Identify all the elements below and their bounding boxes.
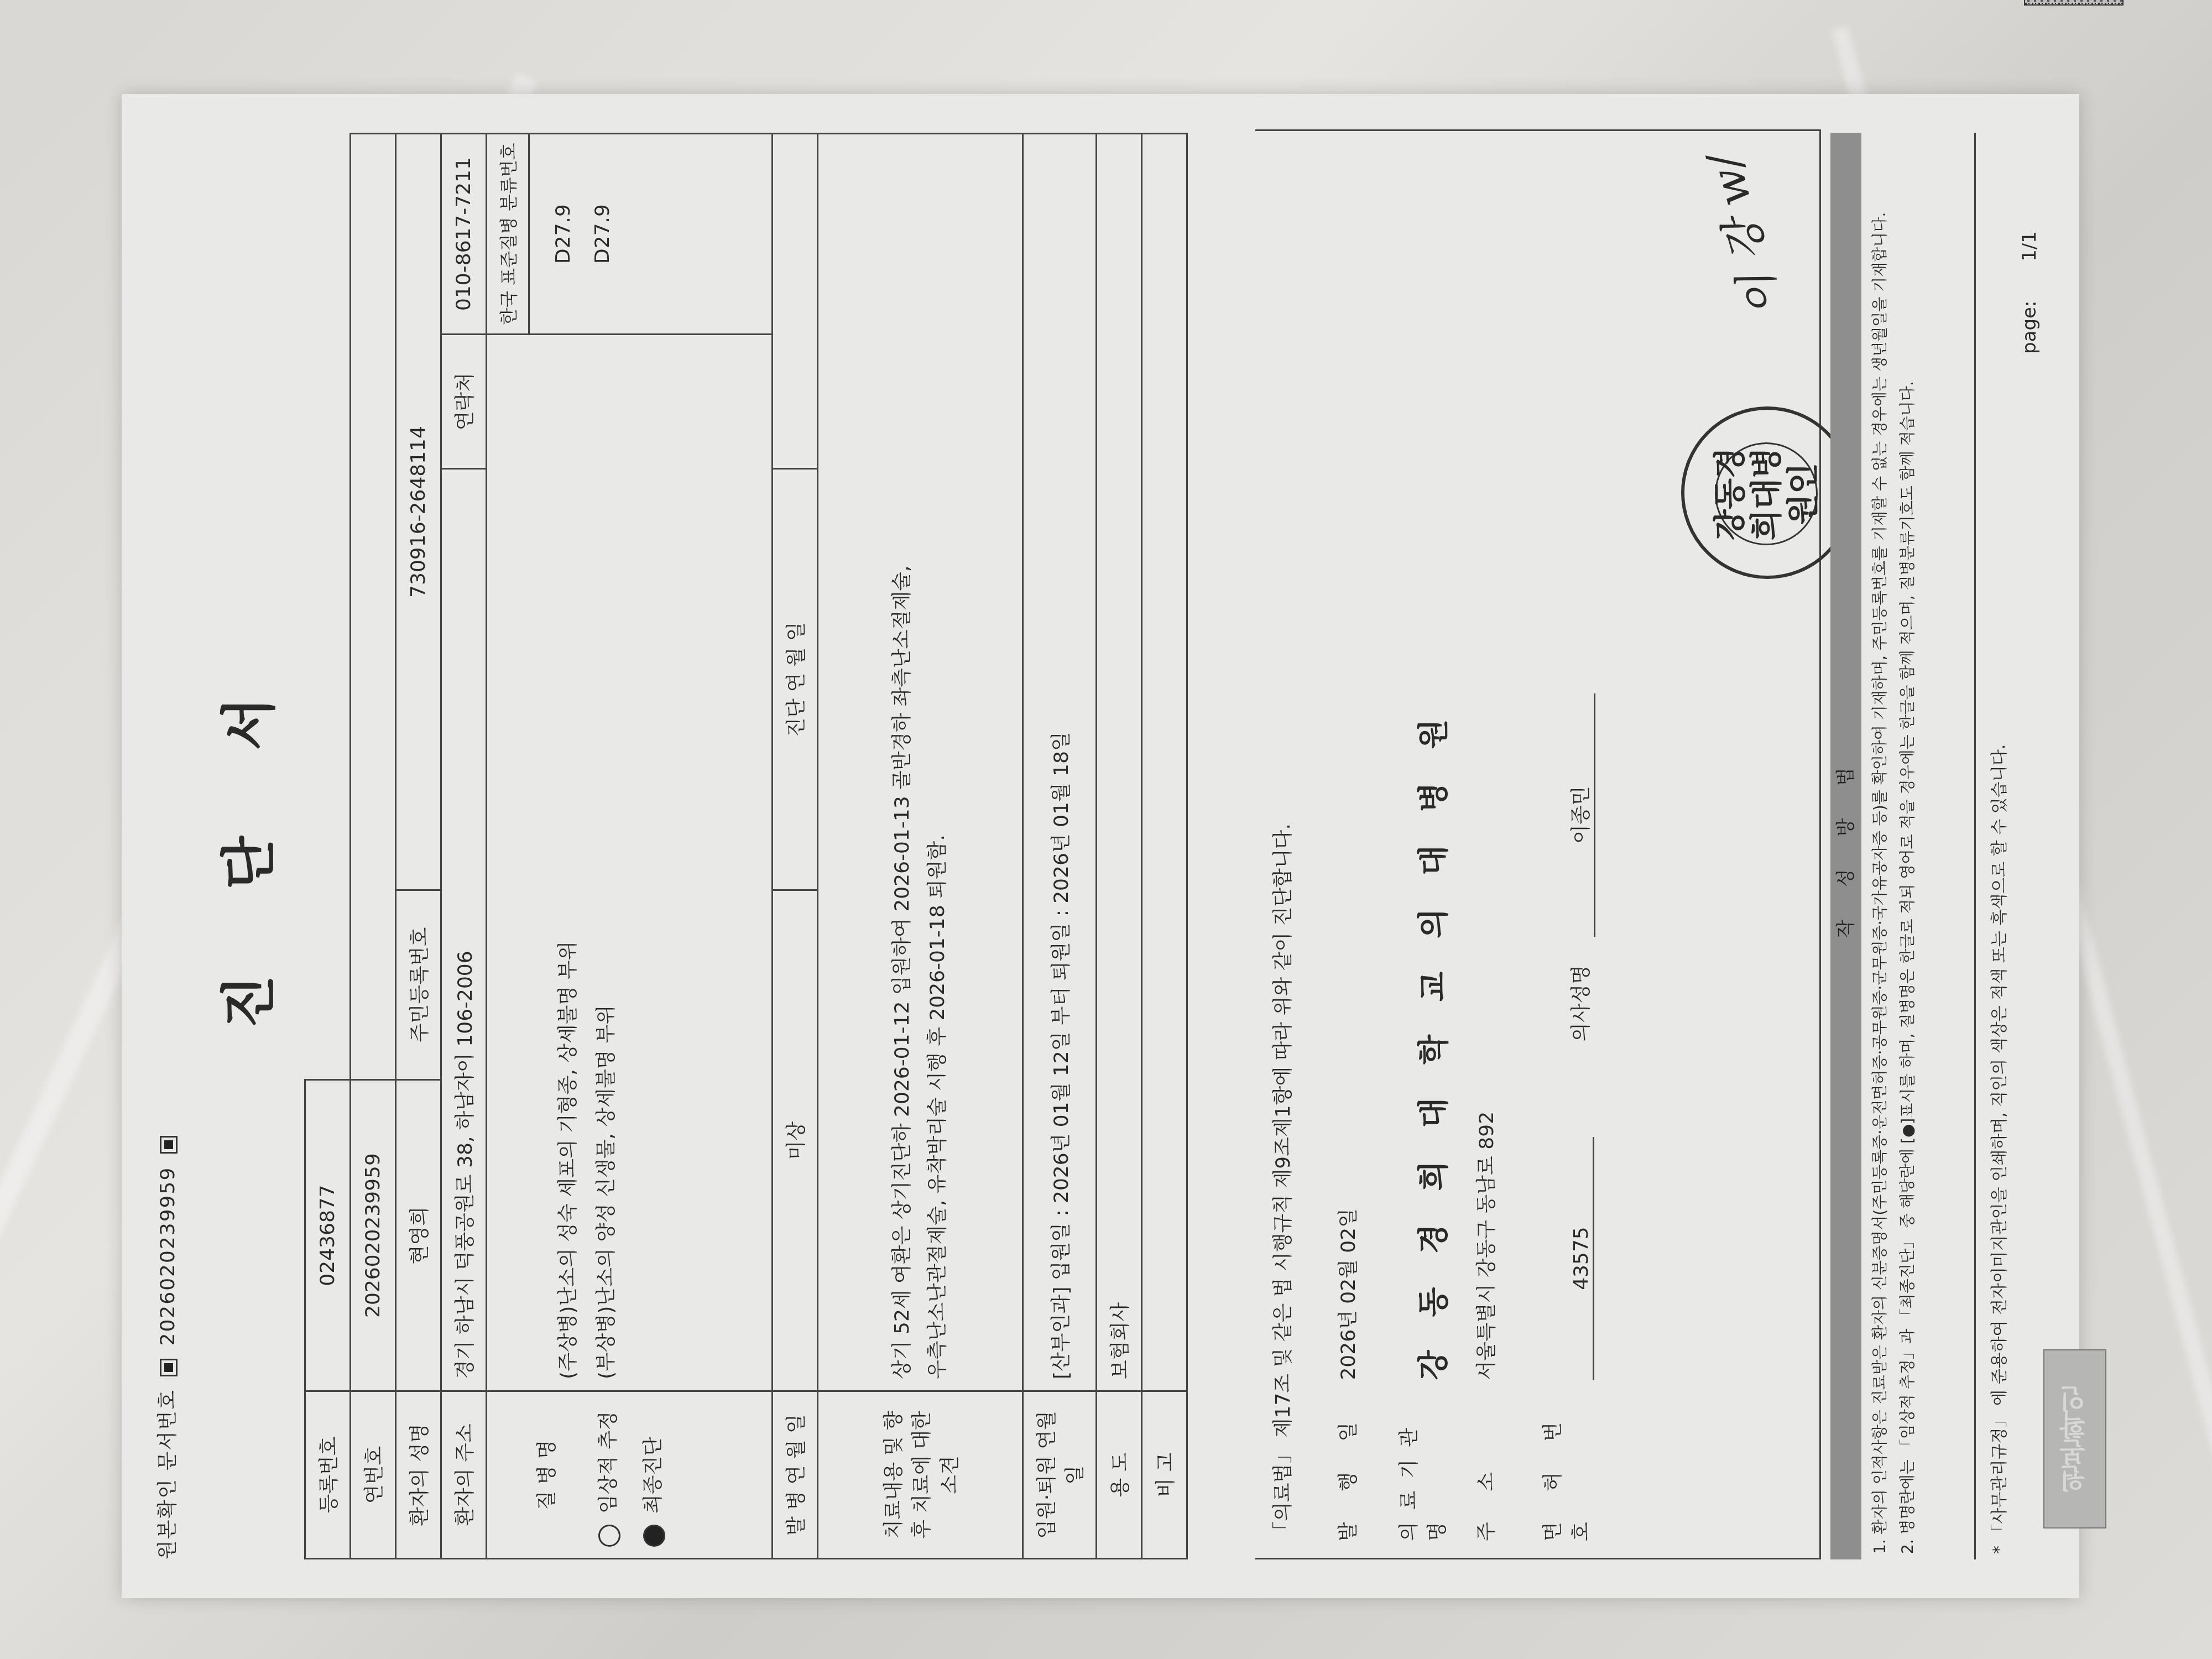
- address-value: 경기 하남시 덕풍공원로 38, 하남자이 106-2006: [441, 469, 487, 1391]
- diagnosis-option-clinical[interactable]: 임상적 추정: [593, 1403, 621, 1547]
- purpose-value: 보험회사: [1097, 134, 1142, 1391]
- phone-label: 연락처: [441, 335, 487, 469]
- diag-date-value: [773, 134, 818, 469]
- hospital-seal-stamp: 강동경희대병원인: [1681, 406, 1854, 579]
- diagnosis-certificate-paper: 원본확인 문서번호 2026020239959 진 단 서 등록번호 02436…: [122, 94, 2079, 1598]
- table-row: 환자의 주소 경기 하남시 덕풍공원로 38, 하남자이 106-2006 연락…: [441, 134, 487, 1559]
- table-row: 연번호 2026020239959: [351, 134, 396, 1559]
- issue-date-row: 발 행 일 2026년 02월 02일: [1333, 1208, 1361, 1541]
- reg-no-label: 등록번호: [305, 1391, 351, 1559]
- footer-divider: [1974, 133, 1976, 1559]
- patient-name-label: 환자의 성명: [396, 1391, 441, 1559]
- institution-row: 의료기관명 강동경희대학교의대병원: [1394, 686, 1453, 1541]
- onset-value: 미상: [773, 890, 818, 1391]
- doctor-name: 이종민: [1566, 693, 1595, 937]
- doctor-signature: 이 강 w/: [1688, 147, 1793, 324]
- hospital-address-row: 주 소 서울특별시 강동구 동남로 892: [1471, 1112, 1499, 1541]
- license-row: 면 허 번 호 43575 의사성명 이종민: [1537, 693, 1595, 1541]
- issue-date: 2026년 02월 02일: [1337, 1208, 1360, 1380]
- table-row: 치료내용 및 향후 치료에 대한 소견 상기 52세 여환은 상기진단하 202…: [818, 134, 1023, 1559]
- page-number: page: 1/1: [2018, 231, 2041, 354]
- table-row: 등록번호 02436877: [305, 134, 351, 1559]
- diagnosis-option-final[interactable]: 최종진단: [638, 1403, 666, 1547]
- table-row: 질 병 명 임상적 추정 최종진단 (주상병)난소의 성숙 세포의 기형종, 상…: [487, 134, 773, 1559]
- certification-section: 「의료법」 제17조 및 같은 법 시행규칙 제9조제1항에 따라 위와 같이 …: [1255, 129, 1821, 1559]
- security-noise-icon: [2024, 0, 2124, 6]
- checkbox-icon: [160, 1359, 178, 1376]
- checkbox-icon: [160, 1136, 178, 1154]
- writing-method-item: 2. 병명란에는 「임상적 추정」과 「최종진단」 중 해당란에 [●]표시를 …: [1897, 138, 1919, 1554]
- writing-method-text: 1. 환자의 인적사항은 진료받은 환자의 신분증명서(주민등록증·운전면허증·…: [1869, 138, 1919, 1554]
- onset-label: 발 병 연 월 일: [773, 1391, 818, 1559]
- certification-statement: 「의료법」 제17조 및 같은 법 시행규칙 제9조제1항에 따라 위와 같이 …: [1267, 823, 1296, 1541]
- rrn-value: 730916-2648114: [396, 134, 441, 890]
- radio-empty-icon[interactable]: [598, 1525, 620, 1547]
- admission-value: [산부인과] 입원일 : 2026년 01월 12일 부터 퇴원일 : 2026…: [1023, 134, 1097, 1391]
- table-row: 용 도 보험회사: [1097, 134, 1142, 1559]
- table-row: 환자의 성명 현영희 주민등록번호 730916-2648114: [396, 134, 441, 1559]
- kcd-code-secondary: D27.9: [591, 134, 614, 333]
- security-pattern-block: [2024, 0, 2126, 6]
- license-number: 43575: [1570, 1137, 1594, 1380]
- diagnosis-form-table: 등록번호 02436877 연번호 2026020239959 환자의 성명 현…: [304, 133, 1188, 1559]
- paper-container: 원본확인 문서번호 2026020239959 진 단 서 등록번호 02436…: [77, 66, 2124, 1626]
- diagnosis-primary: (주상병)난소의 성숙 세포의 기형종, 상세불명 부위: [552, 346, 581, 1379]
- treatment-label: 치료내용 및 향후 치료에 대한 소견: [818, 1391, 1023, 1559]
- hospital-address: 서울특별시 강동구 동남로 892: [1475, 1112, 1498, 1380]
- rrn-label: 주민등록번호: [396, 890, 441, 1080]
- table-row: 발 병 연 월 일 미상 진단 연 월 일: [773, 134, 818, 1559]
- treatment-line: 우측난소난관절제술, 유착박리술 시행 후 2026-01-18 퇴원함.: [922, 145, 954, 1379]
- page-title: 진 단 서: [205, 94, 284, 1598]
- diagnosis-label: 질 병 명: [531, 1403, 560, 1547]
- diag-date-label: 진단 연 월 일: [773, 469, 818, 890]
- admission-label: 입원·퇴원 연월일: [1023, 1391, 1097, 1559]
- kcd-code-primary: D27.9: [552, 134, 575, 333]
- serial-no-label: 연번호: [351, 1391, 396, 1559]
- remarks-label: 비 고: [1142, 1391, 1187, 1559]
- document-number: 원본확인 문서번호 2026020239959: [152, 1130, 180, 1559]
- doctor-label: 의사성명: [1570, 965, 1593, 1042]
- purpose-label: 용 도: [1097, 1391, 1142, 1559]
- seal-text: 강동경희대병원인: [1715, 442, 1818, 545]
- table-row: 입원·퇴원 연월일 [산부인과] 입원일 : 2026년 01월 12일 부터 …: [1023, 134, 1097, 1559]
- kcd-label: 한국 표준질병 분류번호: [487, 134, 530, 333]
- address-label: 환자의 주소: [441, 1391, 487, 1559]
- doc-no-value: 2026020239959: [156, 1167, 179, 1346]
- original-confirm-watermark: 원본확인: [2043, 1349, 2106, 1528]
- patient-name-value: 현영희: [396, 1080, 441, 1391]
- writing-method-item: 1. 환자의 인적사항은 진료받은 환자의 신분증명서(주민등록증·운전면허증·…: [1869, 138, 1891, 1554]
- footer-note: * 「사무관리규정」 에 준용하여 전자이미지관인을 인쇄하며, 직인의 색상은…: [1985, 744, 2010, 1554]
- table-row: 비 고: [1142, 134, 1187, 1559]
- serial-no-value: 2026020239959: [351, 1080, 396, 1391]
- writing-method-header: 작 성 방 법: [1830, 133, 1861, 1559]
- doc-no-label: 원본확인 문서번호: [156, 1389, 179, 1559]
- treatment-line: 상기 52세 여환은 상기진단하 2026-01-12 입원하여 2026-01…: [886, 145, 919, 1379]
- phone-value: 010-8617-7211: [441, 134, 487, 335]
- radio-filled-icon[interactable]: [643, 1525, 665, 1547]
- remarks-value: [1142, 134, 1187, 1391]
- reg-no-value: 02436877: [305, 1080, 351, 1391]
- institution-name: 강동경희대학교의대병원: [1416, 686, 1452, 1380]
- diagnosis-secondary: (부상병)난소의 양성 신생물, 상세불명 부위: [591, 346, 619, 1379]
